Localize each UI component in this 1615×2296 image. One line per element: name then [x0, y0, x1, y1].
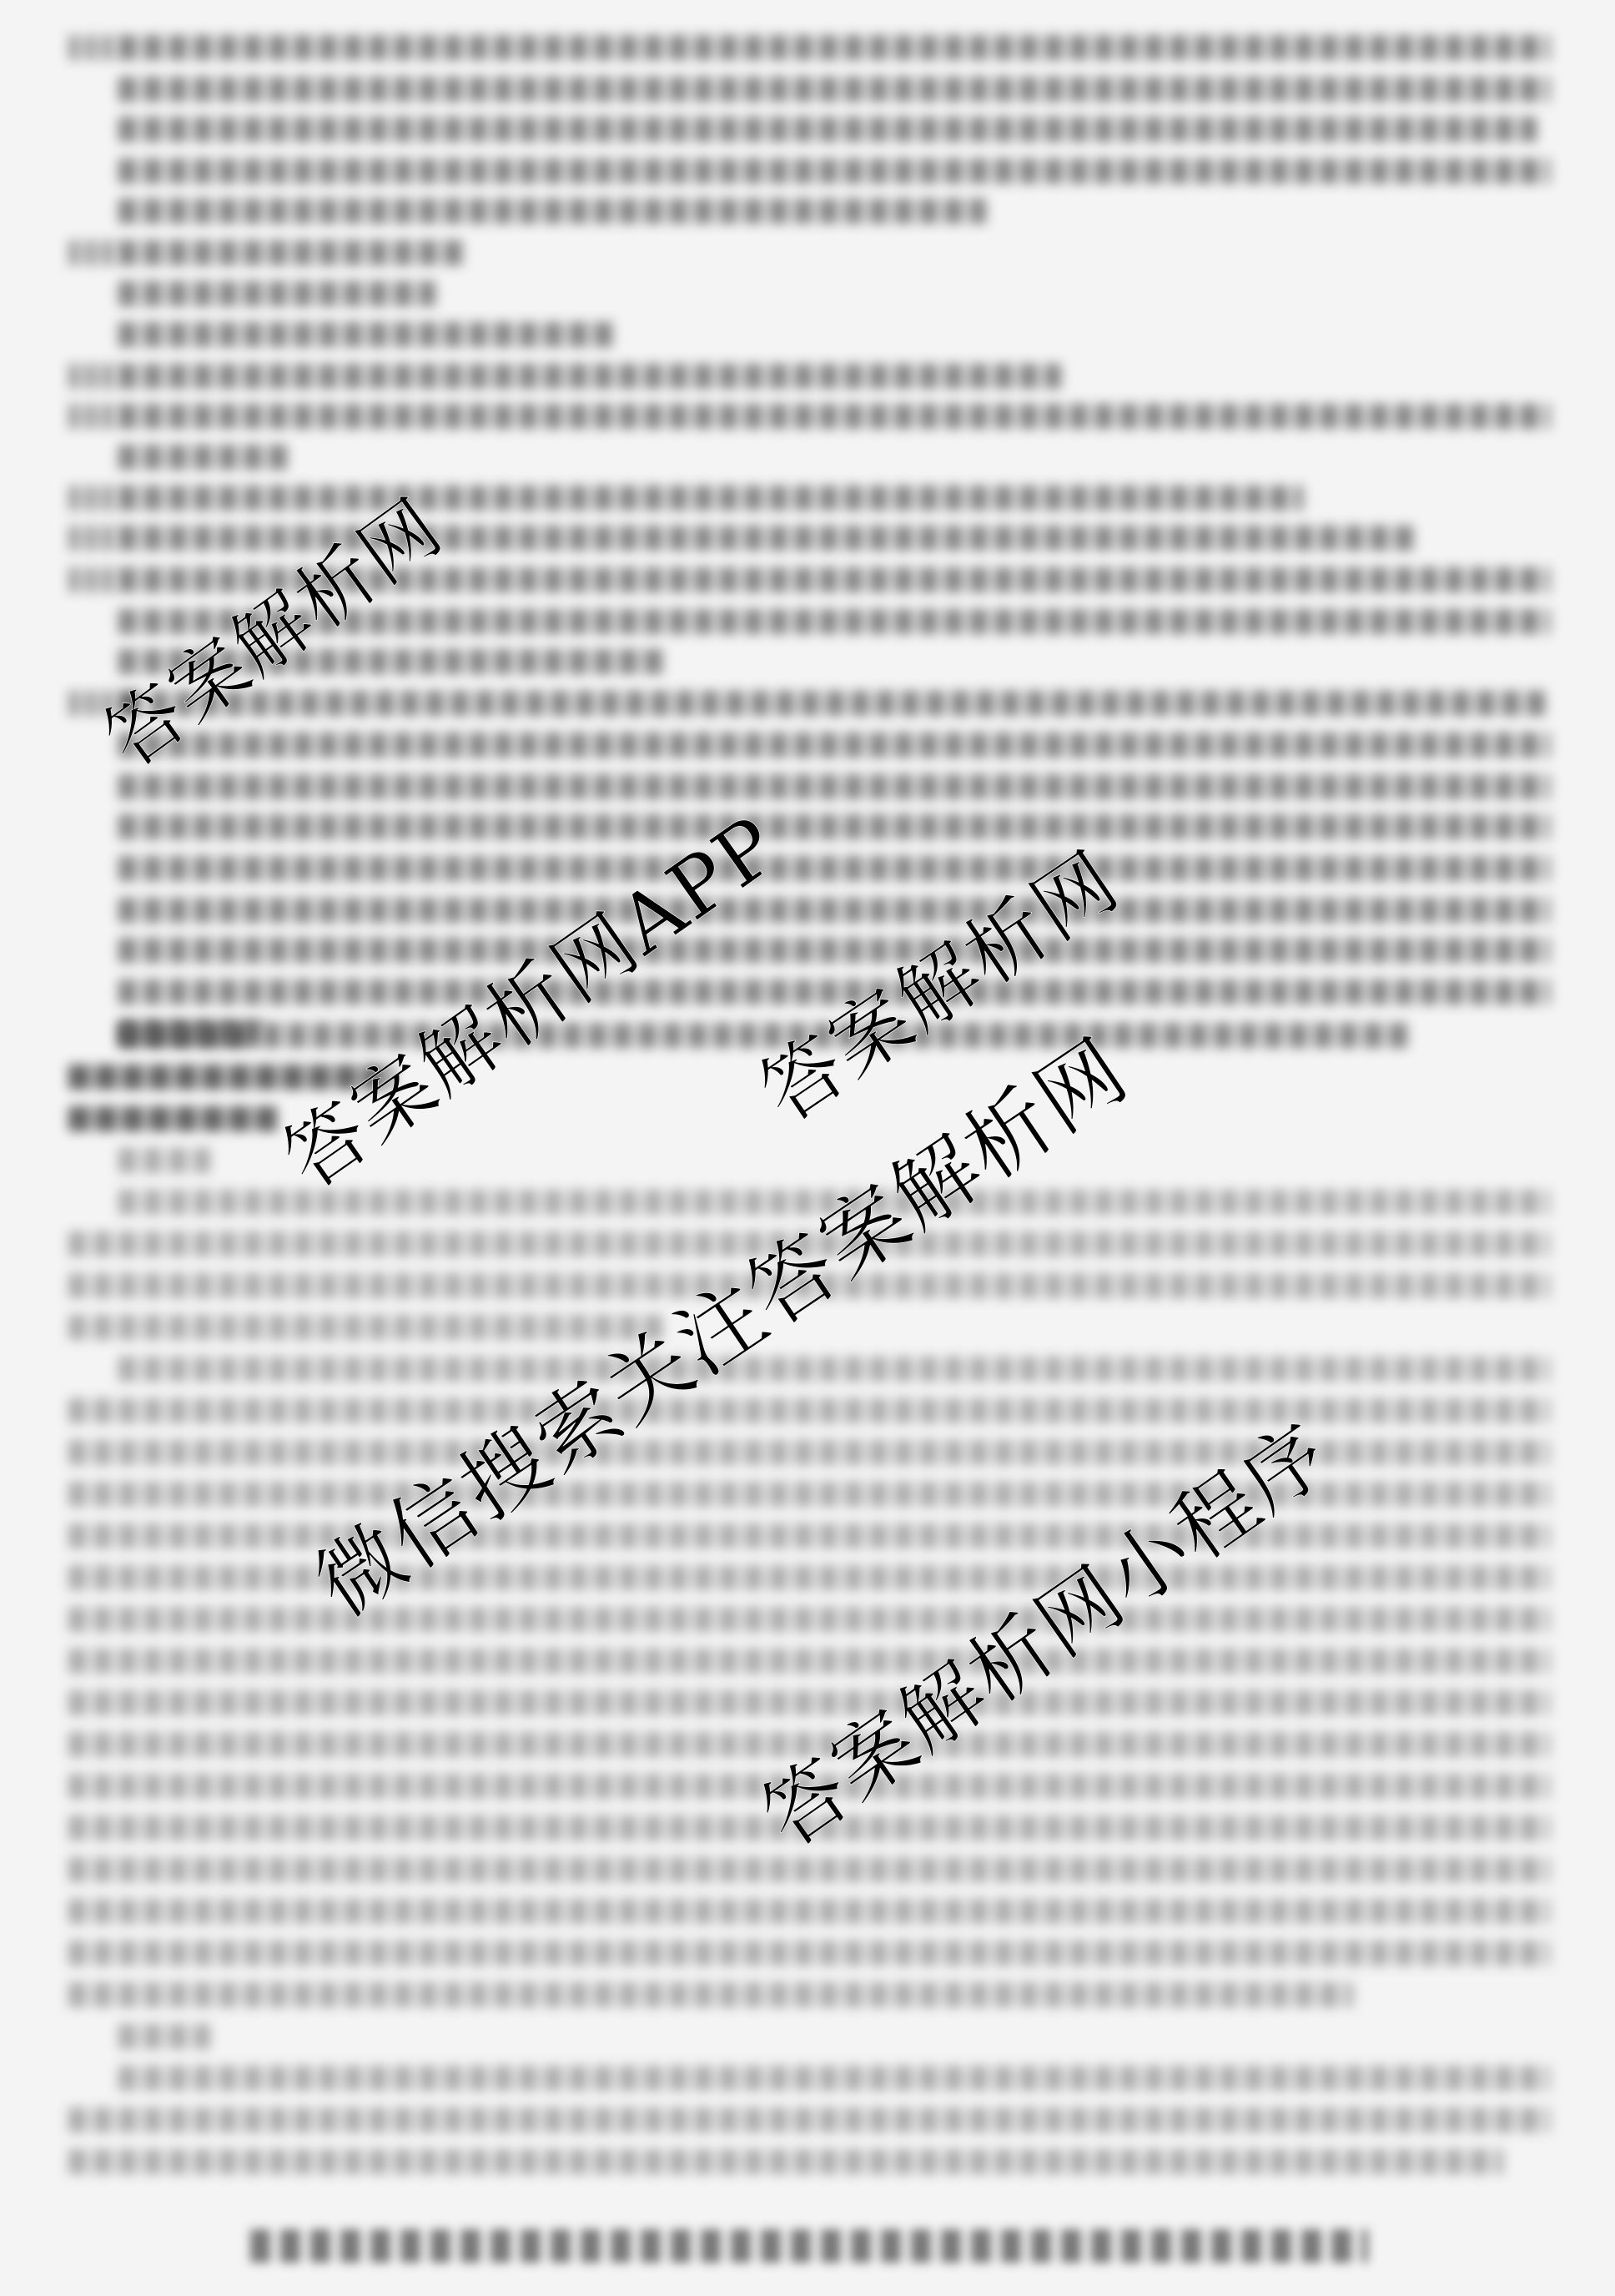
page-footer-text: (footer text illegible)	[0, 0, 1, 1]
document-page: (footer text illegible) 答案解析网 答案解析网APP 答…	[0, 0, 1615, 2296]
text-line	[118, 486, 1303, 511]
item-number-20	[68, 486, 117, 511]
text-line	[68, 1649, 1550, 1674]
section-subheading	[68, 1106, 277, 1131]
text-line	[68, 1315, 669, 1340]
item-number-18	[68, 364, 117, 389]
text-line	[118, 898, 1550, 923]
text-line	[118, 159, 1550, 184]
text-line	[68, 1523, 1550, 1548]
text-line	[118, 281, 435, 306]
text-line	[68, 1941, 1550, 1966]
reference-idea-label	[118, 1023, 256, 1048]
text-line	[68, 1982, 1353, 2007]
text-line	[118, 938, 1550, 963]
text-line	[118, 77, 1550, 102]
item-number-16	[68, 35, 117, 60]
text-line	[118, 445, 294, 470]
text-line	[68, 1857, 1550, 1882]
text-line	[118, 240, 469, 265]
page-footer	[250, 2229, 1368, 2263]
item-number-22	[68, 567, 117, 592]
text-line	[118, 774, 1550, 799]
text-line	[118, 814, 1550, 839]
item-number-17	[68, 240, 117, 265]
text-line	[118, 322, 619, 347]
text-line	[150, 691, 1550, 716]
text-line	[68, 2107, 1550, 2132]
paragraph-label	[118, 2024, 210, 2049]
text-line	[118, 199, 986, 224]
text-line	[118, 856, 1550, 881]
item-number-21	[68, 526, 117, 551]
text-line	[118, 526, 1420, 551]
text-line	[68, 2149, 1503, 2174]
text-line	[68, 1565, 1550, 1590]
text-line	[68, 1398, 1550, 1423]
text-line	[118, 1357, 1550, 1382]
text-line	[118, 35, 1550, 60]
text-line	[68, 1607, 1550, 1632]
text-line	[68, 1690, 1550, 1715]
text-line	[118, 404, 1550, 429]
item-number-19	[68, 404, 117, 429]
text-line	[118, 364, 1061, 389]
text-line	[118, 2066, 1550, 2091]
text-line	[68, 1899, 1550, 1924]
paragraph-label	[118, 1148, 210, 1173]
text-line	[118, 117, 1537, 142]
text-line	[118, 733, 1550, 758]
